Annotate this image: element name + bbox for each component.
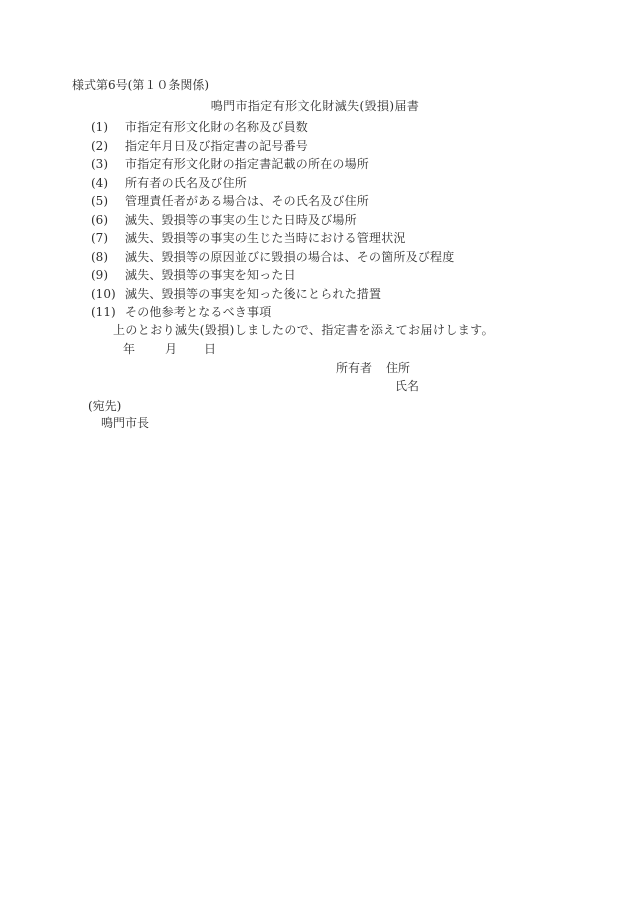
owner-label: 所有者 xyxy=(336,361,372,376)
item-text: 管理責任者がある場合は、その氏名及び住所 xyxy=(125,194,369,209)
item-number: (3) xyxy=(91,157,108,172)
list-item: (1) 市指定有形文化財の名称及び員数 xyxy=(0,120,630,136)
item-text: 滅失、毀損等の事実の生じた日時及び場所 xyxy=(125,213,357,228)
list-item: (4) 所有者の氏名及び住所 xyxy=(0,176,630,192)
date-year-label: 年 xyxy=(123,342,135,357)
form-number: 様式第6号(第１０条関係) xyxy=(72,78,209,93)
item-number: (9) xyxy=(91,268,108,283)
item-number: (8) xyxy=(91,250,108,265)
list-item: (7) 滅失、毀損等の事実の生じた当時における管理状況 xyxy=(0,231,630,247)
document-page: 様式第6号(第１０条関係) 鳴門市指定有形文化財滅失(毀損)届書 (1) 市指定… xyxy=(0,0,630,903)
item-text: 所有者の氏名及び住所 xyxy=(125,176,247,191)
item-text: 指定年月日及び指定書の記号番号 xyxy=(125,139,308,154)
item-text: 市指定有形文化財の指定書記載の所在の場所 xyxy=(125,157,369,172)
list-item: (3) 市指定有形文化財の指定書記載の所在の場所 xyxy=(0,157,630,173)
item-text: 市指定有形文化財の名称及び員数 xyxy=(125,120,308,135)
addressee-heading: (宛先) xyxy=(88,399,121,414)
addressee-name: 鳴門市長 xyxy=(101,416,149,431)
owner-address-label: 住所 xyxy=(386,361,410,376)
item-number: (4) xyxy=(91,176,108,191)
list-item: (11) その他参考となるべき事項 xyxy=(0,305,630,321)
date-month-label: 月 xyxy=(165,342,177,357)
item-number: (5) xyxy=(91,194,108,209)
item-text: 滅失、毀損等の事実を知った日 xyxy=(125,268,296,283)
item-text: 滅失、毀損等の原因並びに毀損の場合は、その箇所及び程度 xyxy=(125,250,454,265)
list-item: (5) 管理責任者がある場合は、その氏名及び住所 xyxy=(0,194,630,210)
list-item: (9) 滅失、毀損等の事実を知った日 xyxy=(0,268,630,284)
item-number: (2) xyxy=(91,139,108,154)
item-text: その他参考となるべき事項 xyxy=(125,305,271,320)
item-text: 滅失、毀損等の事実の生じた当時における管理状況 xyxy=(125,231,406,246)
owner-name-label: 氏名 xyxy=(395,379,419,394)
list-item: (10) 滅失、毀損等の事実を知った後にとられた措置 xyxy=(0,287,630,303)
item-number: (11) xyxy=(91,305,116,320)
closing-statement: 上のとおり滅失(毀損)しましたので、指定書を添えてお届けします。 xyxy=(113,323,494,338)
date-day-label: 日 xyxy=(204,342,216,357)
document-title: 鳴門市指定有形文化財滅失(毀損)届書 xyxy=(0,99,630,114)
list-item: (8) 滅失、毀損等の原因並びに毀損の場合は、その箇所及び程度 xyxy=(0,250,630,266)
item-text: 滅失、毀損等の事実を知った後にとられた措置 xyxy=(125,287,381,302)
list-item: (6) 滅失、毀損等の事実の生じた日時及び場所 xyxy=(0,213,630,229)
list-item: (2) 指定年月日及び指定書の記号番号 xyxy=(0,139,630,155)
item-number: (10) xyxy=(91,287,116,302)
item-number: (6) xyxy=(91,213,108,228)
item-number: (1) xyxy=(91,120,108,135)
item-number: (7) xyxy=(91,231,108,246)
